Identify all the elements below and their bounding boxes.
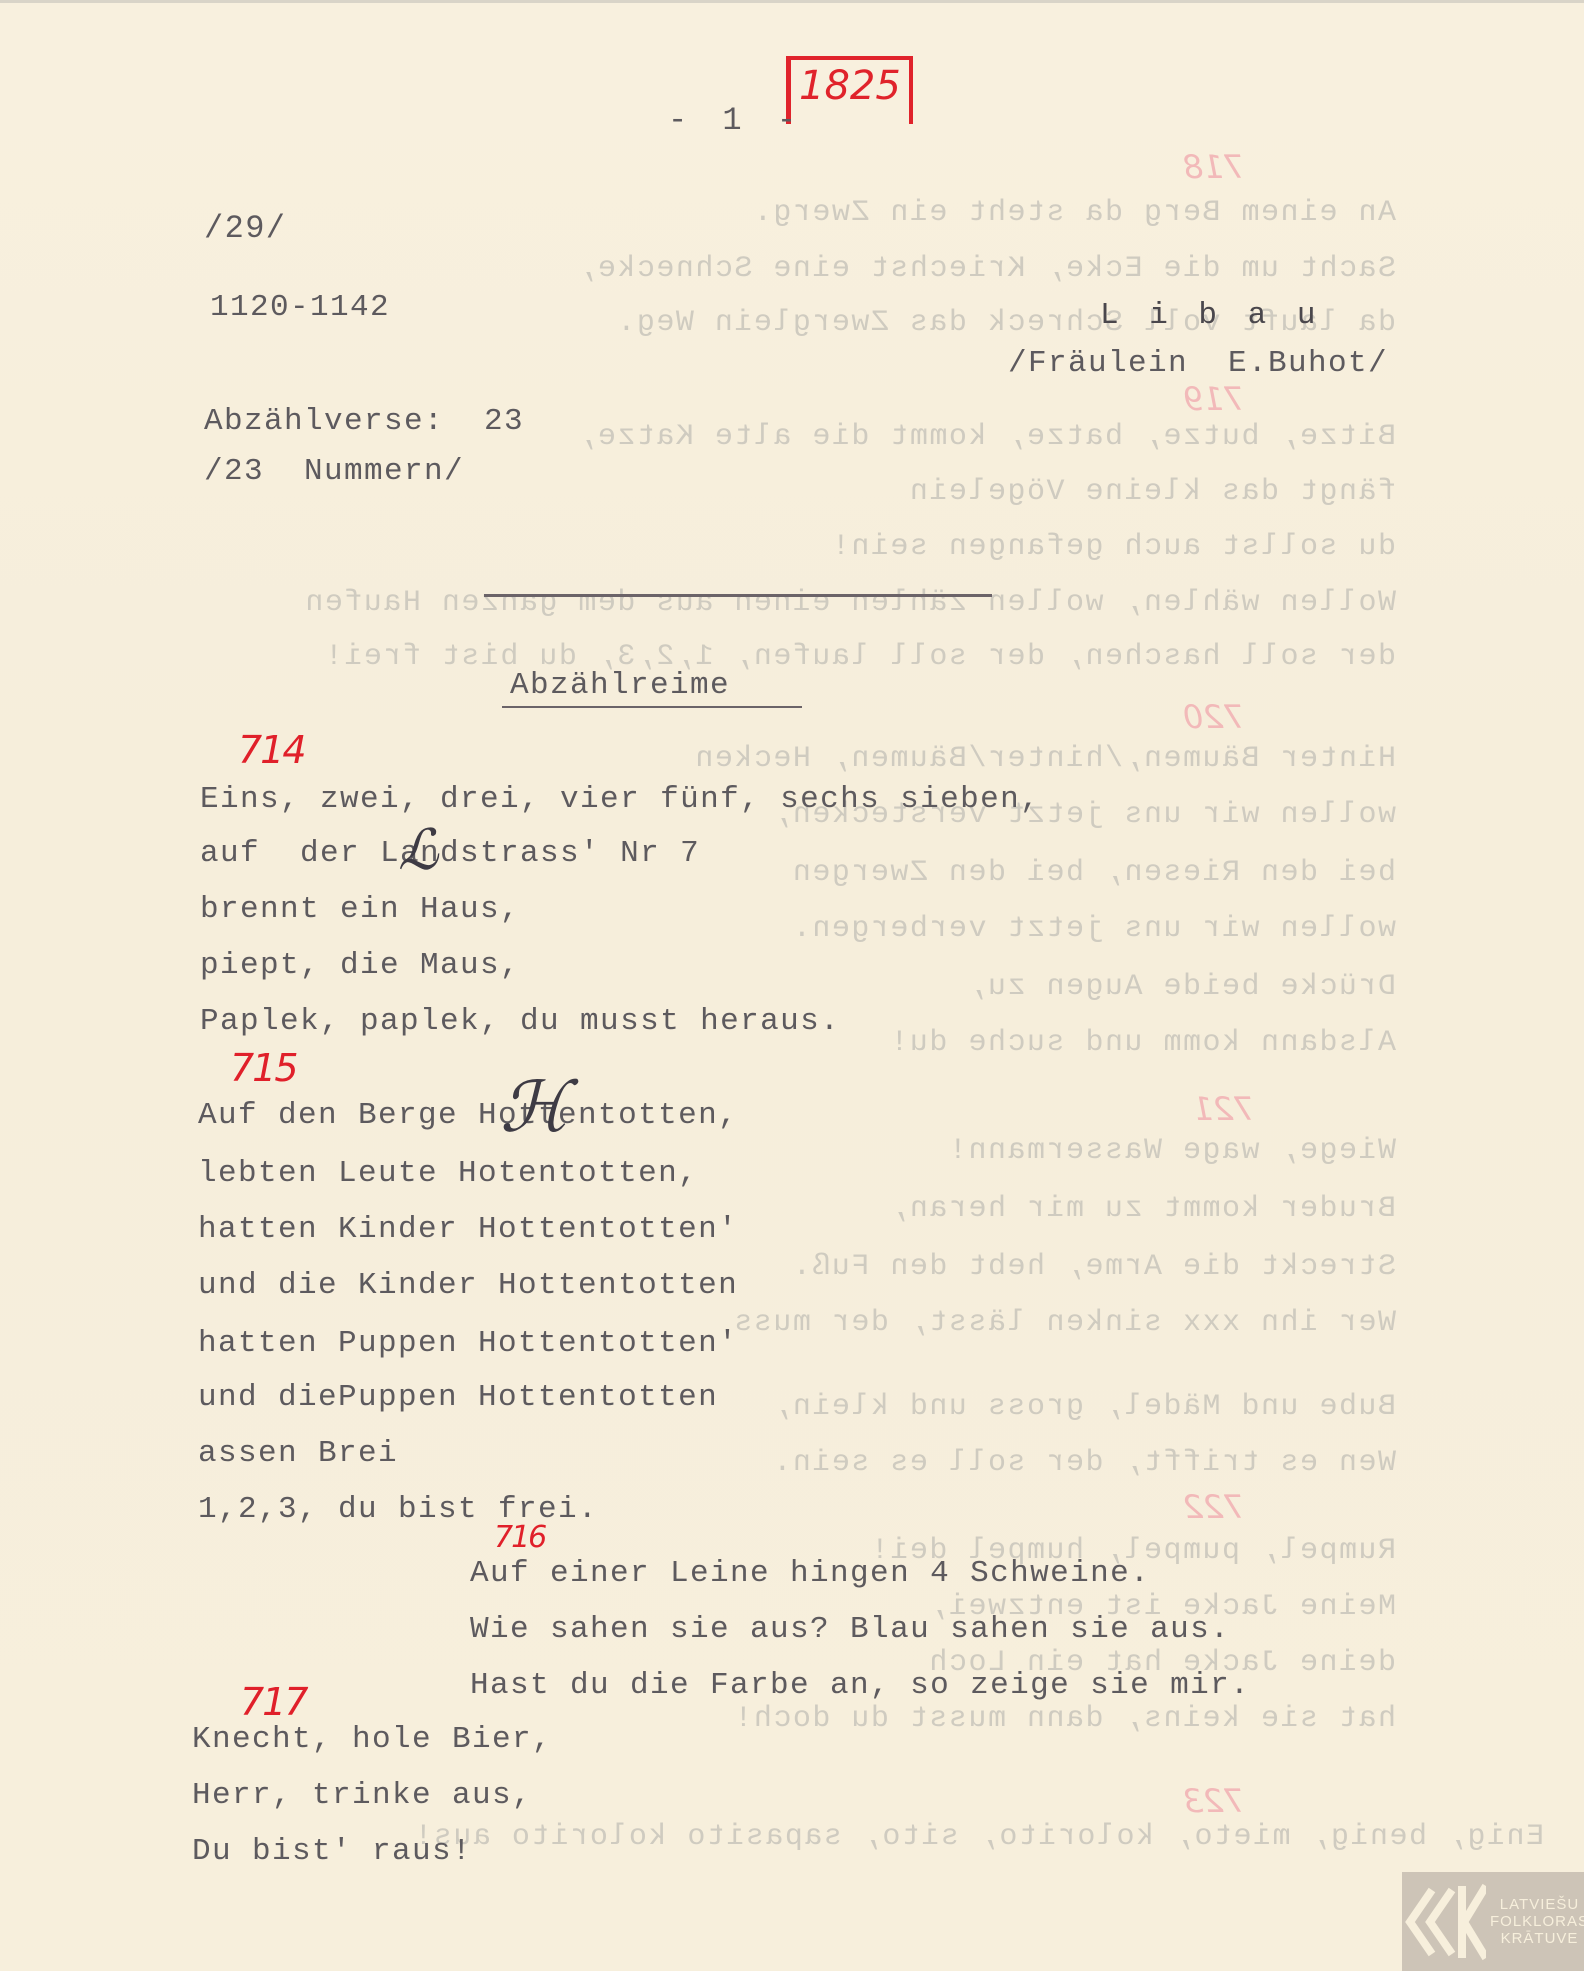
bleed-line: fängt das kleine Vögelein [908,475,1396,509]
bleed-line: Drücke beide Augen zu, [967,970,1396,1004]
rhyme-line: assen Brei [198,1436,398,1471]
rhyme-line: brennt ein Haus, [200,892,520,927]
lfk-logo-icon [1402,1872,1486,1971]
bleed-number: 718 [1183,148,1244,186]
rhyme-line: und die Kinder Hottentotten [198,1268,738,1303]
rhyme-number: 716 [494,1520,545,1555]
logo-line: FOLKLORAS [1490,1913,1584,1930]
archive-logo: LATVIEŠU FOLKLORAS KRĀTUVE [1402,1872,1584,1971]
rhyme-line: auf der Landstrass' Nr 7 [200,836,700,871]
rhyme-line: Auf den Berge Hottentotten, [198,1098,738,1133]
logo-line: KRĀTUVE [1490,1930,1584,1947]
bleed-line: du sollst auch gefangen sein! [830,530,1396,564]
genre-count: Abzählverse: 23 [204,404,524,439]
bleed-line: der soll haschen, der soll laufen, 1,2,3… [323,640,1396,674]
rhyme-number: 714 [238,728,305,772]
page-number: - 1 - [668,102,804,139]
bleed-line: bei den Riesen, bei den Zwergen [791,856,1396,890]
item-range: 1120-1142 [210,290,390,325]
archive-mark-number: 1825 [799,66,901,106]
bleed-number: 721 [1193,1090,1254,1128]
rhyme-number: 715 [230,1046,297,1090]
bleed-number: 720 [1183,698,1244,736]
bleed-number: 723 [1183,1782,1244,1820]
collector-name: /Fräulein E.Buhot/ [1008,346,1388,381]
rhyme-line: Eins, zwei, drei, vier fünf, sechs siebe… [200,782,1040,817]
item-count: /23 Nummern/ [204,454,464,489]
logo-text: LATVIEŠU FOLKLORAS KRĀTUVE [1490,1896,1584,1947]
bleed-line: Bube und Mädel, gross und klein, [772,1390,1396,1424]
rhyme-line: Wie sahen sie aus? Blau sahen sie aus. [470,1612,1230,1647]
bleed-line: Streckt die Arme, hebt den Fuß. [791,1250,1396,1284]
rhyme-line: Knecht, hole Bier, [192,1722,552,1757]
bleed-line: Alsdann komm und suche du! [889,1026,1396,1060]
rhyme-line: hatten Puppen Hottentotten' [198,1326,738,1361]
rhyme-line: Paplek, paplek, du musst heraus. [200,1004,840,1039]
handwritten-correction-l: ℒ [398,818,438,883]
archive-mark: [1825] 1825 [786,56,913,124]
bleed-line: Bitze, butze, batze, kommt die alte Katz… [577,420,1396,454]
rhyme-line: und diePuppen Hottentotten [198,1380,718,1415]
rhyme-line: Hast du die Farbe an, so zeige sie mir. [470,1668,1250,1703]
bleed-line: Wiege, wage Wassermann! [947,1134,1396,1168]
section-title: Abzählreime [510,668,730,703]
bleed-line: wollen wir uns jetzt verbergen. [791,912,1396,946]
rhyme-line: hatten Kinder Hottentotten' [198,1212,738,1247]
scan-top-edge [0,0,1584,3]
collection-number: /29/ [204,210,286,247]
bleed-number: 722 [1183,1488,1244,1526]
bleed-line: An einem Berg da steht ein Zwerg. [752,196,1396,230]
bleed-line: Wollen wählen, wollen zählen einen aus d… [304,586,1396,620]
handwritten-correction-h: ℋ [500,1066,569,1148]
bleed-line: Wen es trifft, der soll es sein. [772,1446,1396,1480]
document-page: 718 An einem Berg da steht ein Zwerg. Sa… [0,0,1584,1971]
bleed-line: hat sie keins, dann musst du doch! [733,1702,1396,1736]
bleed-line: Wer ihn xxx sinken lässt, der muss [733,1306,1396,1340]
place-name: L i b a u [1100,298,1321,333]
bleed-line: Hinter Bäumen,/hinter/Bäumen, Hecken [694,742,1396,776]
bleed-line: Bruder kommt zu mir heran, [889,1192,1396,1226]
bleed-line: Sacht um die Ecke, Kriechst eine Schneck… [577,252,1396,286]
logo-line: LATVIEŠU [1490,1896,1584,1913]
rhyme-line: Du bist' raus! [192,1834,472,1869]
rhyme-line: lebten Leute Hotentotten, [198,1156,698,1191]
rhyme-line: piept, die Maus, [200,948,520,983]
title-underline [502,706,802,708]
bleed-number: 719 [1183,380,1244,418]
bleed-line: Enig, benig, mieto, kolorito, sito, sapa… [413,1820,1544,1854]
divider-rule [484,594,992,597]
rhyme-line: Herr, trinke aus, [192,1778,532,1813]
rhyme-number: 717 [240,1680,307,1724]
rhyme-line: Auf einer Leine hingen 4 Schweine. [470,1556,1150,1591]
